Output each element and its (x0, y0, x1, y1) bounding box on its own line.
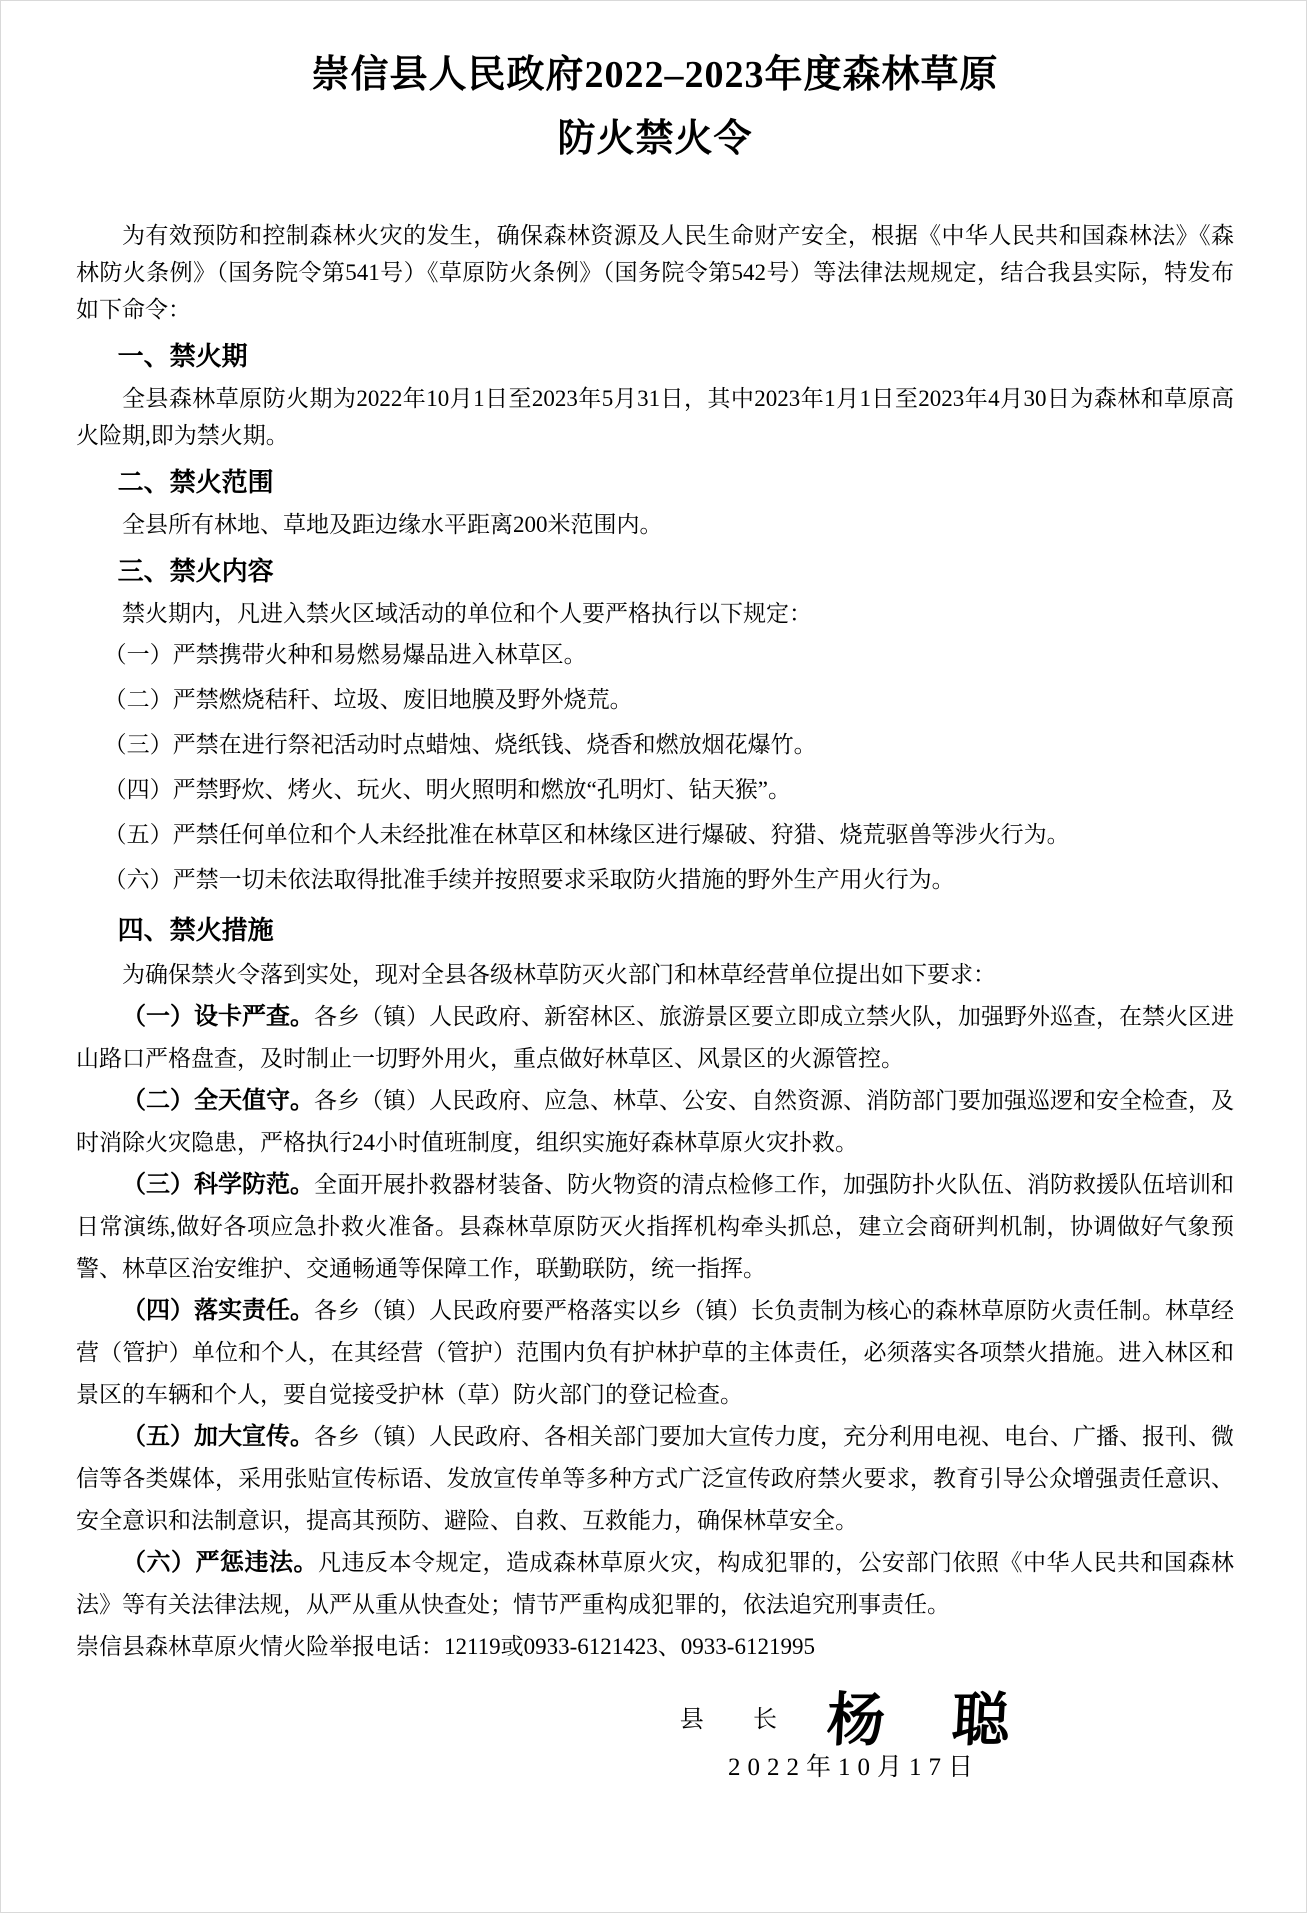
section-heading-4: 四、禁火措施 (76, 910, 1234, 950)
section-3-paragraph: 禁火期内，凡进入禁火区域活动的单位和个人要严格执行以下规定： (76, 595, 1234, 632)
measure-5: （五）加大宣传。各乡（镇）人民政府、各相关部门要加大宣传力度，充分利用电视、电台… (76, 1416, 1234, 1542)
measure-5-label: （五）加大宣传。 (122, 1424, 314, 1450)
signature-date: 2022年10月17日 (639, 1749, 1069, 1786)
intro-paragraph: 为有效预防和控制森林火灾的发生，确保森林资源及人民生命财产安全，根据《中华人民共… (76, 217, 1234, 328)
section-1-paragraph: 全县森林草原防火期为2022年10月1日至2023年5月31日，其中2023年1… (76, 380, 1234, 454)
rule-item-5: （五）严禁任何单位和个人未经批准在林草区和林缘区进行爆破、狩猎、烧荒驱兽等涉火行… (76, 812, 1234, 857)
document-page: 崇信县人民政府2022–2023年度森林草原 防火禁火令 为有效预防和控制森林火… (0, 0, 1307, 1913)
measure-2-label: （二）全天值守。 (122, 1088, 314, 1114)
measure-4: （四）落实责任。各乡（镇）人民政府要严格落实以乡（镇）长负责制为核心的森林草原防… (76, 1290, 1234, 1416)
section-heading-1: 一、禁火期 (76, 336, 1234, 376)
signature-block: 县 长 杨 聪 2022年10月17日 (639, 1702, 1069, 1786)
signature-line: 县 长 杨 聪 (639, 1702, 1069, 1739)
measure-3: （三）科学防范。全面开展扑救器材装备、防火物资的清点检修工作，加强防扑火队伍、消… (76, 1164, 1234, 1290)
rule-item-6: （六）严禁一切未依法取得批准手续并按照要求采取防火措施的野外生产用火行为。 (76, 857, 1234, 902)
hotline: 崇信县森林草原火情火险举报电话：12119或0933-6121423、0933-… (76, 1626, 1234, 1668)
rule-item-1: （一）严禁携带火种和易燃易爆品进入林草区。 (76, 632, 1234, 677)
measure-4-label: （四）落实责任。 (122, 1298, 314, 1324)
signature-role: 县 长 (673, 1702, 799, 1739)
measure-6-label: （六）严惩违法。 (122, 1550, 318, 1576)
rule-item-4: （四）严禁野炊、烤火、玩火、明火照明和燃放“孔明灯、钻天猴”。 (76, 767, 1234, 812)
section-heading-3: 三、禁火内容 (76, 551, 1234, 591)
document-body: 为有效预防和控制森林火灾的发生，确保森林资源及人民生命财产安全，根据《中华人民共… (76, 217, 1234, 1786)
measure-1: （一）设卡严查。各乡（镇）人民政府、新窑林区、旅游景区要立即成立禁火队，加强野外… (76, 996, 1234, 1080)
measure-1-label: （一）设卡严查。 (122, 1004, 314, 1030)
signature-name: 杨 聪 (826, 1702, 1037, 1739)
measure-2: （二）全天值守。各乡（镇）人民政府、应急、林草、公安、自然资源、消防部门要加强巡… (76, 1080, 1234, 1164)
section-2-paragraph: 全县所有林地、草地及距边缘水平距离200米范围内。 (76, 506, 1234, 543)
rule-item-3: （三）严禁在进行祭祀活动时点蜡烛、烧纸钱、烧香和燃放烟花爆竹。 (76, 722, 1234, 767)
section-4-paragraph: 为确保禁火令落到实处，现对全县各级林草防灭火部门和林草经营单位提出如下要求： (76, 954, 1234, 996)
measure-6: （六）严惩违法。凡违反本令规定，造成森林草原火灾，构成犯罪的，公安部门依照《中华… (76, 1542, 1234, 1626)
measure-3-label: （三）科学防范。 (122, 1172, 314, 1198)
section-heading-2: 二、禁火范围 (76, 462, 1234, 502)
document-title-line1: 崇信县人民政府2022–2023年度森林草原 (76, 49, 1234, 101)
rule-item-2: （二）严禁燃烧秸秆、垃圾、废旧地膜及野外烧荒。 (76, 677, 1234, 722)
document-title-line2: 防火禁火令 (76, 113, 1234, 165)
